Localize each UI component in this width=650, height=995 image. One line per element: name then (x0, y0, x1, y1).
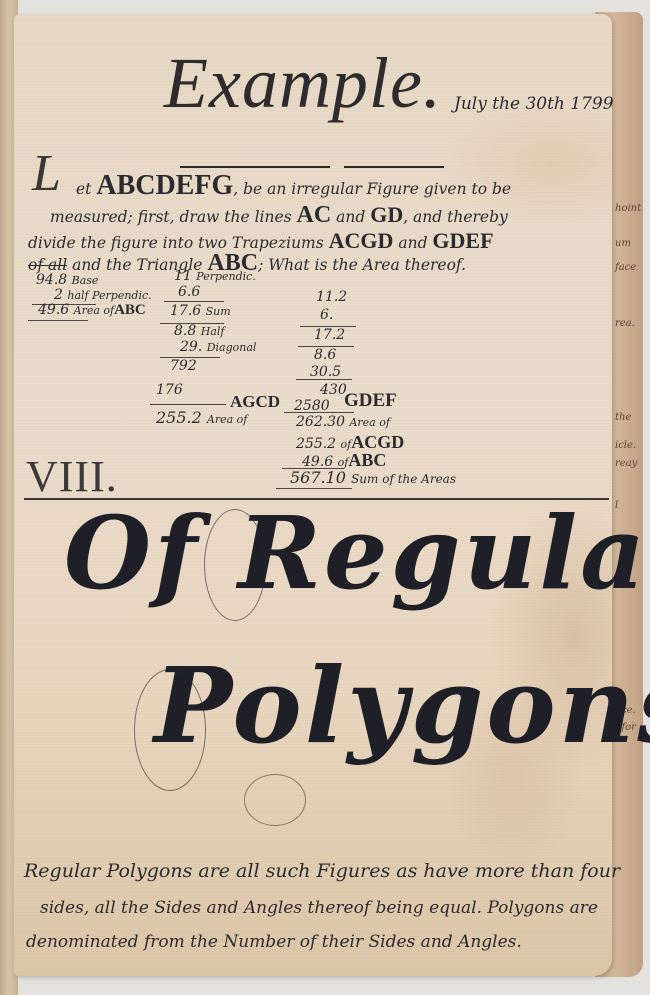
calc-gdef-line: 11.2 (316, 289, 347, 305)
calc-label: Base (72, 274, 99, 287)
margin-fragment: the (615, 412, 631, 423)
text: ; What is the Area thereof. (258, 256, 466, 274)
chapter-title-line-1: Of Regular (64, 494, 650, 612)
calc-value: 792 (170, 358, 197, 374)
problem-line-2: measured; first, draw the lines AC and G… (50, 202, 508, 229)
calc-value: 430 (320, 382, 347, 398)
calc-value: 8.8 (174, 323, 196, 339)
margin-fragment: face (615, 262, 636, 273)
calc-value: 567.10 (290, 468, 346, 487)
margin-fragment: icle. (615, 440, 636, 451)
calc-label: Sum (206, 305, 231, 318)
calc-acgd-line: 29. Diagonal (180, 339, 256, 355)
calc-acgd-line: 792 (170, 358, 197, 374)
figure-label: ABC (114, 302, 146, 318)
calc-label: Perpendic. (196, 270, 256, 283)
problem-line-1: et ABCDEFG, be an irregular Figure given… (76, 170, 511, 202)
calc-label: Sum of the Areas (351, 472, 456, 486)
calc-rule (276, 488, 352, 489)
figure-label: AGCD (230, 392, 280, 412)
text: et (76, 180, 96, 198)
manuscript-page: Example. July the 30th 1799 L et ABCDEFG… (14, 14, 612, 976)
calc-value: 17.2 (314, 327, 345, 343)
calc-gdef-line: 430 (320, 382, 347, 398)
margin-fragment: reay (615, 458, 637, 469)
calc-gdef-line: 8.6 (314, 347, 336, 363)
calc-value: 2 (54, 287, 63, 303)
definition-line-2: sides, all the Sides and Angles thereof … (40, 898, 598, 918)
figure-label: ACGD (351, 432, 404, 452)
calc-gdef-line: 17.2 (314, 327, 345, 343)
figure-label: GDEF (344, 390, 397, 412)
calc-value: 176 (156, 382, 183, 398)
calc-value: 8.6 (314, 347, 336, 363)
calc-gdef-total: 567.10 Sum of the Areas (290, 468, 456, 487)
drop-cap: L (32, 144, 61, 203)
calc-value: 30.5 (310, 364, 341, 380)
calc-abc-line: 49.6 Area ofABC (38, 302, 146, 319)
calc-value: 11 (174, 268, 192, 284)
flourish-ornament (244, 774, 306, 826)
calc-value: 49.6 (38, 302, 69, 318)
calc-label: Half (201, 325, 225, 338)
calc-label: Diagonal (207, 341, 257, 354)
calc-label: half Perpendic. (67, 289, 151, 302)
date: July the 30th 1799 (454, 94, 614, 114)
calc-acgd-line: 11 Perpendic. (174, 268, 256, 284)
example-heading: Example. (164, 42, 442, 125)
calc-rule (284, 412, 354, 413)
figure-label: AC (297, 202, 332, 228)
definition-line-1: Regular Polygons are all such Figures as… (24, 860, 620, 882)
margin-fragment: um (615, 238, 631, 249)
calc-label: Area of (207, 413, 247, 426)
calc-acgd-line: 6.6 (178, 284, 200, 300)
calc-rule (296, 379, 352, 380)
definition-line-3: denominated from the Number of their Sid… (26, 932, 522, 952)
calc-value: 17.6 (170, 303, 201, 319)
flourish-ornament (204, 509, 266, 621)
calc-value: 29. (180, 339, 202, 355)
figure-label: ABC (348, 450, 386, 470)
text: , be an irregular Figure given to be (233, 180, 511, 198)
chapter-title-line-2: Polygons. (154, 644, 650, 767)
margin-fragment: rea. (615, 318, 635, 329)
calc-acgd-line: 17.6 Sum (170, 303, 231, 319)
text: , and thereby (403, 208, 508, 226)
calc-value: 6.6 (178, 284, 200, 300)
calc-label: Area of (349, 416, 389, 429)
calc-rule (164, 301, 224, 302)
heading-underline (344, 166, 444, 168)
calc-gdef-line: 6. (320, 307, 333, 323)
calc-abc-line: 94.8 Base (36, 272, 98, 288)
calc-value: 11.2 (316, 289, 347, 305)
calc-rule (28, 320, 88, 321)
calc-gdef-line: 30.5 (310, 364, 341, 380)
text: measured; first, draw the lines (50, 208, 297, 226)
calc-gdef-line: 262.30 Area of (296, 414, 390, 430)
calc-acgd-line: 176 (156, 382, 183, 398)
calc-acgd-line: 8.8 Half (174, 323, 224, 339)
figure-label: ABCDEFG (96, 170, 233, 201)
calc-label: Area of (74, 304, 114, 317)
flourish-ornament (134, 669, 206, 791)
calc-value: 262.30 (296, 414, 345, 430)
margin-fragment: hoint (615, 203, 641, 214)
calc-rule (150, 404, 226, 405)
heading-underline (180, 166, 330, 168)
calc-value: 255.2 (156, 408, 202, 427)
calc-value: 94.8 (36, 272, 67, 288)
calc-value: 6. (320, 307, 333, 323)
figure-label: GD (370, 202, 403, 227)
text: and (331, 208, 370, 226)
calc-abc-line: 2 half Perpendic. (54, 287, 152, 303)
